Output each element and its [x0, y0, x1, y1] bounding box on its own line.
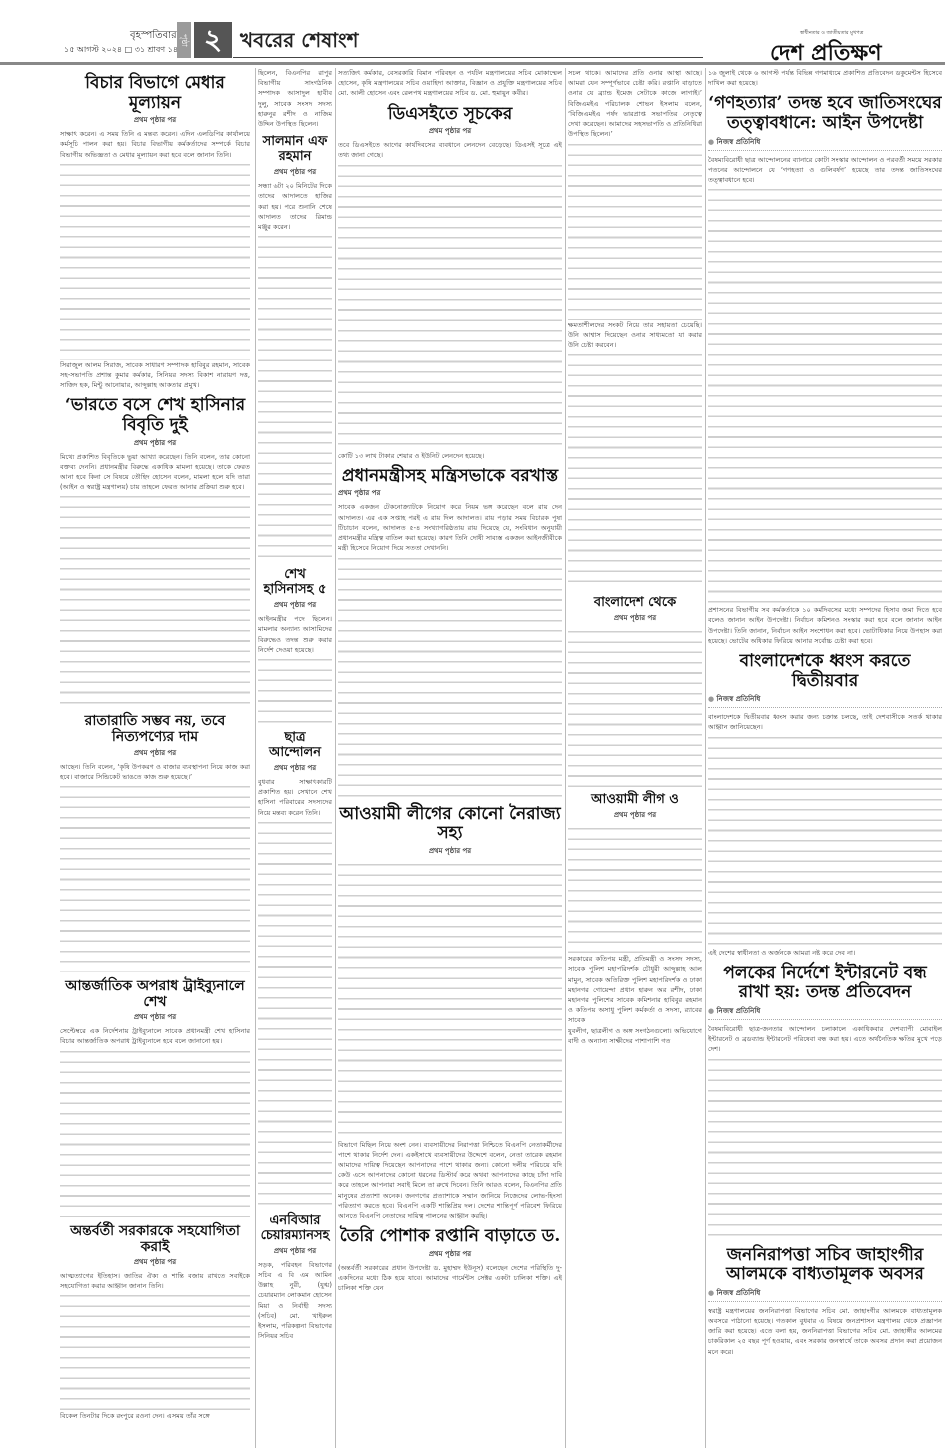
column-divider [565, 68, 566, 1448]
jump-line: প্রথম পৃষ্ঠার পর [60, 747, 250, 759]
article-tail: সিরাজুল আলম সিরাজ, সাবেক সাধারণ সম্পাদক … [60, 360, 250, 391]
headline: আওয়ামী লীগের কোনো নৈরাজ্য সহ্য [338, 805, 562, 844]
jump-line: প্রথম পৃষ্ঠার পর [258, 166, 332, 178]
article-internet-shutdown: পলকের নির্দেশে ইন্টারনেট বন্ধ রাখা হয়: … [708, 964, 942, 1240]
body-text-block [60, 160, 250, 360]
article-lead: সত্যজিৎ কর্মকার, বেসরকারি বিমান পরিবহন ও… [338, 68, 562, 99]
jump-line: প্রথম পৃষ্ঠার পর [258, 762, 332, 774]
headline: সালমান এফ রহমান [258, 135, 332, 165]
jump-line: প্রথম পৃষ্ঠার পর [568, 809, 702, 821]
article-pm-dismissed: প্রধানমন্ত্রীসহ মন্ত্রিসভাকে বরখাস্ত প্র… [338, 467, 562, 799]
headline: প্রধানমন্ত্রীসহ মন্ত্রিসভাকে বরখাস্ত [338, 467, 562, 487]
headline: এনবিআর চেয়ারম্যানসহ [258, 1214, 332, 1244]
header-underline [233, 57, 703, 58]
article-student-movement: ছাত্র আন্দোলন প্রথম পৃষ্ঠার পর বুধবার সা… [258, 731, 332, 1208]
jump-line: প্রথম পৃষ্ঠার পর [60, 1256, 250, 1268]
article-body: সাবেক একজন টেকনোক্র্যাটকে নিয়োগ করে নিয… [338, 502, 562, 553]
article-interim-govt: অন্তর্বর্তী সরকারকে সহযোগিতা করাই প্রথম … [60, 1223, 250, 1422]
article-tail: কোটি ১৩ লাখ টাকার শেয়ার ও ইউনিট লেনদেন … [338, 451, 562, 461]
byline: নিজস্ব প্রতিনিধি [708, 1287, 942, 1299]
jump-line: প্রথম পৃষ্ঠার পর [258, 1245, 332, 1257]
issue-date: ১৫ আগস্ট ২০২৪ □ ৩১ শ্রাবণ ১৪৩১ [64, 44, 188, 57]
headline: বাংলাদেশকে ধ্বংস করতে দ্বিতীয়বার [708, 652, 942, 691]
jump-line: প্রথম পৃষ্ঠার পর [338, 1248, 562, 1260]
article-body: সরকারের কতিপয় মন্ত্রী, প্রতিমন্ত্রী ও স… [568, 954, 702, 1026]
article-garment-export: তৈরি পোশাক রপ্তানি বাড়াতে ড. প্রথম পৃষ্… [338, 1227, 562, 1293]
section-title: খবরের শেষাংশ [240, 26, 359, 59]
headline: বাংলাদেশ থেকে [568, 596, 702, 611]
jump-line: প্রথম পৃষ্ঠার পর [60, 114, 250, 126]
article-tribunal: আন্তর্জাতিক অপরাধ ট্রাইব্যুনালে শেখ প্রথ… [60, 978, 250, 1217]
article-body: বুধবার সাক্ষাৎকারটি প্রকাশিত হয়। সেখানে… [258, 777, 332, 818]
body-text-block [258, 655, 332, 725]
page-number: ২ [194, 22, 232, 58]
article-body: সেপ্টেম্বরে এক নির্দেশনায় ট্রাইব্যুনালে… [60, 1026, 250, 1046]
column-3: সত্যজিৎ কর্মকার, বেসরকারি বিমান পরিবহন ও… [338, 68, 562, 1448]
page-label: পৃষ্ঠা [177, 22, 191, 58]
article-body: বৈষম্যবিরোধী ছাত্র-জনতার আন্দোলন চলাকালে… [708, 1024, 942, 1055]
byline-divider [708, 1301, 942, 1302]
body-text-block [60, 782, 250, 972]
article-body: আত্মত্যাগের ইতিহাস। জাতির ঐক্য ও শান্তি … [60, 1271, 250, 1291]
article-nbr-chairman: এনবিআর চেয়ারম্যানসহ প্রথম পৃষ্ঠার পর সড… [258, 1214, 332, 1342]
body-text-block [60, 1291, 250, 1411]
body-text-block [568, 627, 702, 787]
body-text-block [568, 350, 702, 590]
masthead: বৃহস্পতিবার ১৫ আগস্ট ২০২৪ □ ৩১ শ্রাবণ ১৪… [0, 0, 945, 66]
body-text-block [338, 554, 562, 799]
issue-day: বৃহস্পতিবার [130, 28, 177, 45]
headline: তৈরি পোশাক রপ্তানি বাড়াতে ড. [338, 1227, 562, 1247]
article-body: আছেন। তিনি বলেন, ‘কৃষি উপকরণ ও বাজার ব্য… [60, 762, 250, 782]
body-text-block [568, 824, 702, 954]
article-body: সাক্ষাৎ করেন। এ সময় তিনি এ মন্তব্য করেন… [60, 129, 250, 160]
byline-divider [708, 150, 942, 151]
column-divider [255, 68, 256, 1448]
jump-line: প্রথম পৃষ্ঠার পর [338, 487, 562, 499]
body-text-block [708, 185, 942, 605]
column-divider [705, 68, 706, 1448]
headline: পলকের নির্দেশে ইন্টারনেট বন্ধ রাখা হয়: … [708, 964, 942, 1003]
body-text-block [338, 161, 562, 451]
article-body: বিভাগে মিছিল নিয়ে অংশ নেন। ব্যবসায়ীদের… [338, 1140, 562, 1222]
byline: নিজস্ব প্রতিনিধি [708, 1005, 942, 1017]
article-tail: প্রশাসনের বিভাগীয় সব কর্মকর্তাকে ১০ কর্… [708, 605, 942, 646]
headline: বিচার বিভাগে মেধার মূল্যায়ন [60, 74, 250, 113]
article-hasina-5: শেখ হাসিনাসহ ৫ প্রথম পৃষ্ঠার পর আইনমন্ত্… [258, 568, 332, 725]
article-awami-league: আওয়ামী লীগ ও প্রথম পৃষ্ঠার পর সরকারের ক… [568, 793, 702, 1046]
body-text-block [568, 140, 702, 320]
article-hasina-statement: ‘ভারতে বসে শেখ হাসিনার বিবৃতি দুই প্রথম … [60, 396, 250, 707]
headline: জননিরাপত্তা সচিব জাহাংগীর আলমকে বাধ্যতাম… [708, 1246, 942, 1285]
column-1: বিচার বিভাগে মেধার মূল্যায়ন প্রথম পৃষ্ঠ… [60, 68, 250, 1448]
article-destroy-bangladesh: বাংলাদেশকে ধ্বংস করতে দ্বিতীয়বার নিজস্ব… [708, 652, 942, 958]
headline: ‘গণহত্যার’ তদন্ত হবে জাতিসংঘের তত্ত্বাবধ… [708, 94, 942, 133]
article-body: সন্ধ্যা ৬টা ২০ মিনিটের দিকে তাদের আদালতে… [258, 181, 332, 232]
article-tail: বিকেল তিনটার দিকে রংপুরে রওনা দেন। এসময়… [60, 1411, 250, 1421]
byline-divider [708, 707, 942, 708]
headline: আওয়ামী লীগ ও [568, 793, 702, 808]
article-commodity-prices: রাতারাতি সম্ভব নয়, তবে নিত্যপণ্যের দাম … [60, 713, 250, 972]
column-divider [335, 68, 336, 1448]
jump-line: প্রথম পৃষ্ঠার পর [338, 845, 562, 857]
article-salman: সালমান এফ রহমান প্রথম পৃষ্ঠার পর সন্ধ্যা… [258, 135, 332, 562]
article-dse: ডিএসইতে সূচকের প্রথম পৃষ্ঠার পর তবে ডিএস… [338, 105, 562, 461]
article-body: বৈষম্যবিরোধী ছাত্র আন্দোলনের ব্যানারে কো… [708, 155, 942, 186]
article-body: বাংলাদেশকে দ্বিতীয়বার ধ্বংস করার জন্য চ… [708, 712, 942, 732]
article-body: ক্ষমতাশীলদের সংকট নিয়ে তার সহায়তা চেয়… [568, 320, 702, 351]
column-4: সচল থাকে। আমাদের প্রতি ওনার আস্থা আছে। আ… [568, 68, 702, 1448]
headline: ছাত্র আন্দোলন [258, 731, 332, 761]
article-genocide-probe: ‘গণহত্যার’ তদন্ত হবে জাতিসংঘের তত্ত্বাবধ… [708, 94, 942, 646]
article-from-bangladesh: বাংলাদেশ থেকে প্রথম পৃষ্ঠার পর [568, 596, 702, 787]
article-lead: ১৬ জুলাই থেকে ৬ আগস্ট পর্যন্ত বিভিন্ন গণ… [708, 68, 942, 88]
jump-line: প্রথম পৃষ্ঠার পর [338, 125, 562, 137]
jump-line: প্রথম পৃষ্ঠার পর [258, 599, 332, 611]
article-lead: সচল থাকে। আমাদের প্রতি ওনার আস্থা আছে। আ… [568, 68, 702, 140]
article-awami-anarchy: আওয়ামী লীগের কোনো নৈরাজ্য সহ্য প্রথম পৃ… [338, 805, 562, 1222]
article-tail: এই দেশের স্বাধীনতা ও অর্জনকে আমরা নষ্ট ক… [708, 948, 942, 958]
headline: ডিএসইতে সূচকের [338, 105, 562, 125]
column-5: ১৬ জুলাই থেকে ৬ আগস্ট পর্যন্ত বিভিন্ন গণ… [708, 68, 942, 1448]
body-text-block [338, 860, 562, 1140]
headline: অন্তর্বর্তী সরকারকে সহযোগিতা করাই [60, 1223, 250, 1255]
jump-line: প্রথম পৃষ্ঠার পর [568, 612, 702, 624]
byline: নিজস্ব প্রতিনিধি [708, 136, 942, 148]
body-text-block [60, 1047, 250, 1217]
header-rule [0, 62, 945, 65]
article-secretary-retirement: জননিরাপত্তা সচিব জাহাংগীর আলমকে বাধ্যতাম… [708, 1246, 942, 1357]
body-text-block [258, 232, 332, 562]
body-text-block [708, 733, 942, 948]
article-body: সড়ক, পরিবহন বিভাগের সচিব এ বি এম আমিন উ… [258, 1260, 332, 1342]
article-body: (অন্তর্বর্তী সরকারের প্রধান উপদেষ্টা ড. … [338, 1263, 562, 1294]
article-judiciary: বিচার বিভাগে মেধার মূল্যায়ন প্রথম পৃষ্ঠ… [60, 74, 250, 390]
body-text-block [258, 818, 332, 1208]
article-body: আইনমন্ত্রীর পদে ছিলেন। মামলার অন্যান্য আ… [258, 614, 332, 655]
article-lead: ছিলেন, বিএনপির রাপুর বিভাগীয় সাংগঠনিক স… [258, 68, 332, 129]
article-body: মিথ্যে প্রকাশিত বিবৃতিকে ভুয়া আখ্যা করে… [60, 452, 250, 493]
article-tail: যুবলীগ, ছাত্রলীগ ও অঙ্গ সংগঠনগুলো। অভিযো… [568, 1026, 702, 1046]
jump-line: প্রথম পৃষ্ঠার পর [60, 437, 250, 449]
headline: ‘ভারতে বসে শেখ হাসিনার বিবৃতি দুই [60, 396, 250, 435]
headline: আন্তর্জাতিক অপরাধ ট্রাইব্যুনালে শেখ [60, 978, 250, 1010]
byline-divider [708, 1019, 942, 1020]
byline: নিজস্ব প্রতিনিধি [708, 693, 942, 705]
article-body: তবে ডিএসইতে আগের কার্যদিবসের ব্যবধানে লে… [338, 140, 562, 160]
headline: রাতারাতি সম্ভব নয়, তবে নিত্যপণ্যের দাম [60, 713, 250, 745]
column-2: ছিলেন, বিএনপির রাপুর বিভাগীয় সাংগঠনিক স… [258, 68, 332, 1448]
article-body: স্বরাষ্ট্র মন্ত্রণালয়ের জননিরাপত্তা বিভ… [708, 1306, 942, 1357]
body-text-block [708, 1055, 942, 1240]
body-text-block [60, 492, 250, 707]
headline: শেখ হাসিনাসহ ৫ [258, 568, 332, 598]
jump-line: প্রথম পৃষ্ঠার পর [60, 1011, 250, 1023]
